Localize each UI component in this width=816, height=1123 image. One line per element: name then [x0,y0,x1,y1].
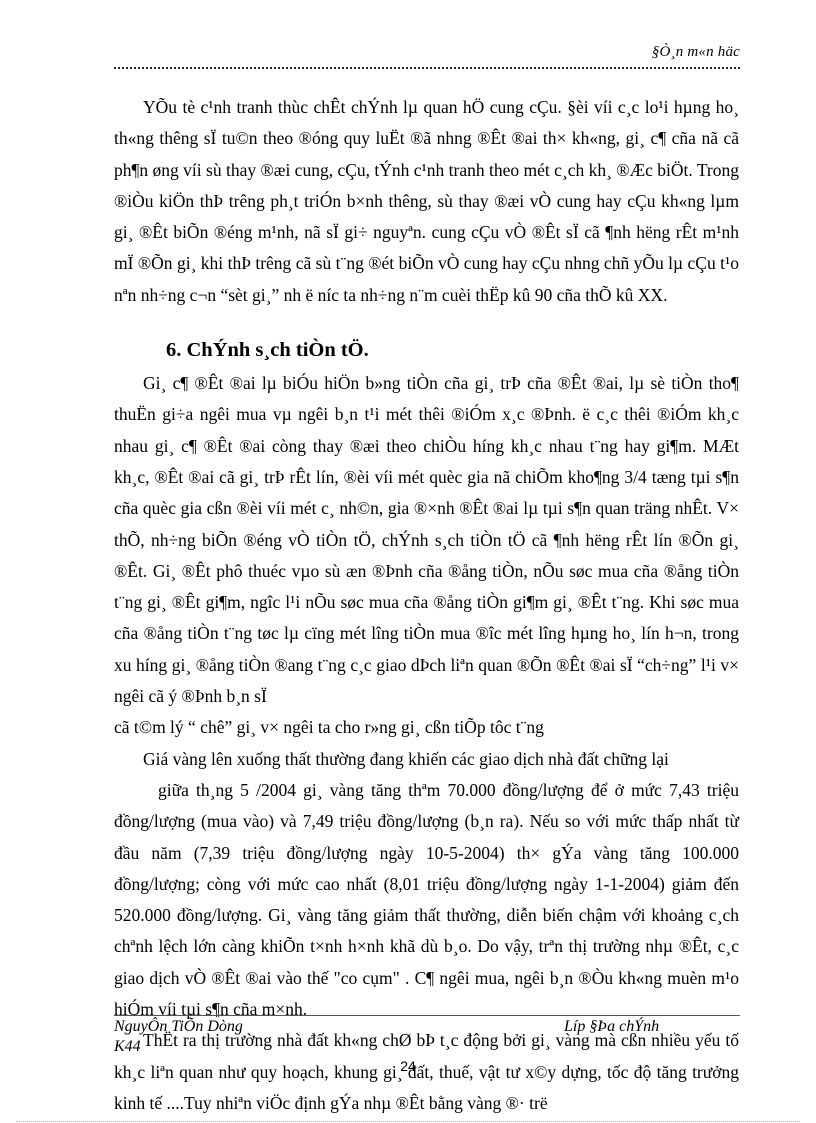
header-divider [114,67,740,69]
header-title: §Ò¸n m«n häc [652,44,740,61]
footer-author: NguyÔn TiÕn Dòng [114,1017,243,1037]
page-number: 24 [0,1058,816,1074]
footer-class-name: Líp §Þa chÝnh [564,1017,659,1037]
document-page: §Ò¸n m«n häc YÕu tè c¹nh tranh thùc chÊt… [0,0,816,1123]
paragraph-supply-demand: YÕu tè c¹nh tranh thùc chÊt chÝnh lµ qua… [114,92,739,311]
section-heading: 6. ChÝnh s¸ch tiÒn tÖ. [166,335,739,366]
paragraph-gold-price-data: giữa th¸ng 5 /2004 gi¸ vàng tăng thªm 70… [114,775,739,1025]
footer-class-code: K44 [114,1037,243,1057]
page-bottom-border [16,1121,800,1122]
paragraph-monetary-policy-last-line: cã t©m lý “ chê” gi¸ v× ng­êi ta cho r»n… [114,712,739,743]
footer-divider [114,1015,740,1016]
subheading-gold-price: Giá vàng lên xuống thất thường đang khiế… [114,744,739,775]
footer-author-block: NguyÔn TiÕn Dòng K44 [114,1017,243,1057]
paragraph-monetary-policy: Gi¸ c¶ ®Êt ®ai lµ biÓu hiÖn b»ng tiÒn cñ… [114,368,739,712]
document-body: YÕu tè c¹nh tranh thùc chÊt chÝnh lµ qua… [114,92,739,1119]
